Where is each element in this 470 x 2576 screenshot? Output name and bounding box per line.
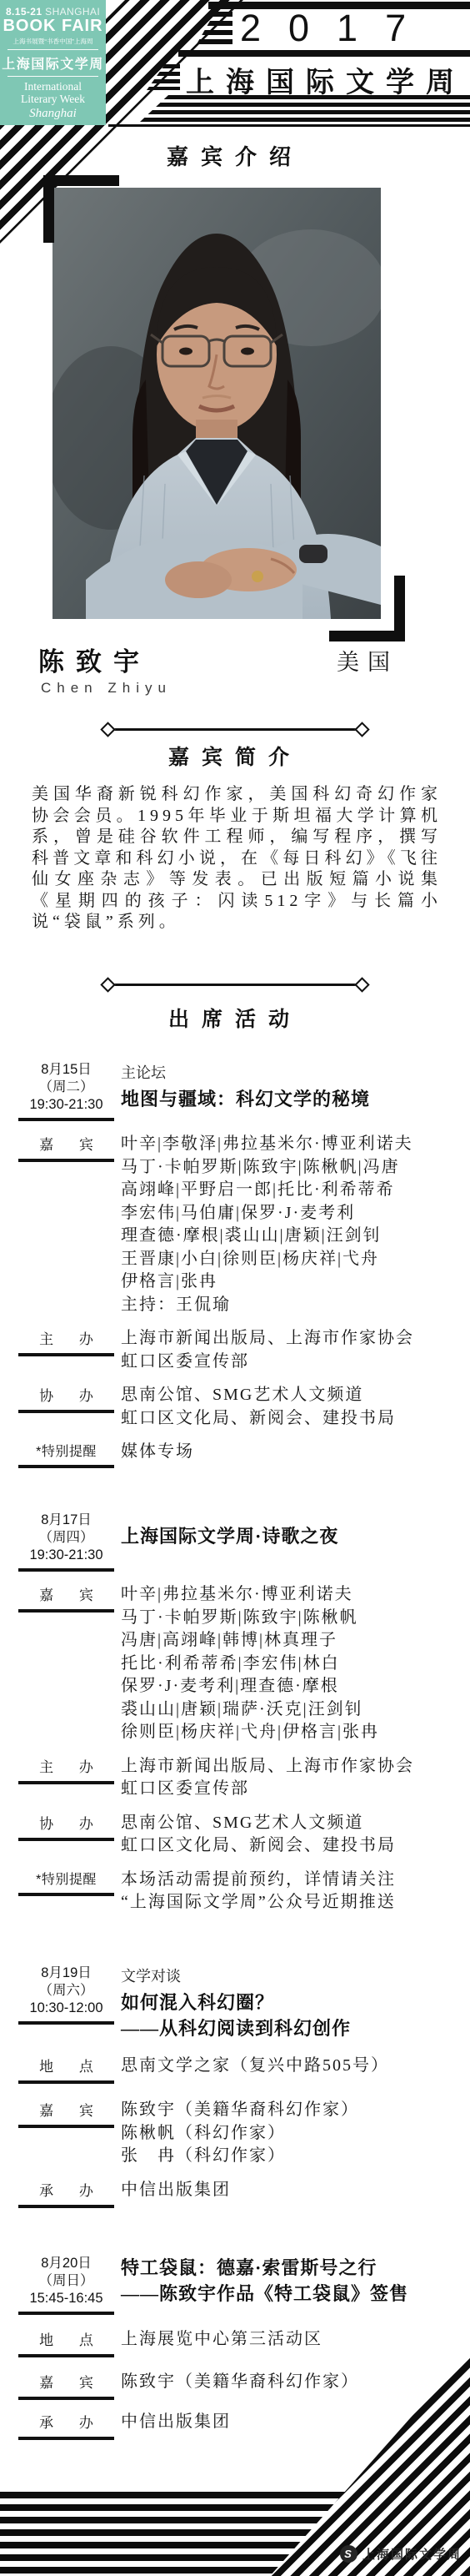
guest-name-en: Chen Zhiyu <box>41 680 172 697</box>
horizontal-stripes-decoration <box>140 95 470 122</box>
event-titles: 特工袋鼠：德嘉·索雷斯号之行——陈致宇作品《特工袋鼠》签售 <box>121 2255 453 2307</box>
row-label: *特别提醒 <box>18 1441 114 1468</box>
divider-line <box>113 728 357 731</box>
guest-photo <box>52 188 381 619</box>
section-heading-guest-profile: 嘉宾简介 <box>0 741 470 771</box>
header-thin-rule <box>108 124 470 127</box>
event-block-1: 8月15日（周二）19:30-21:30 主论坛 地图与疆域：科幻文学的秘境 嘉… <box>18 1061 453 1468</box>
section-heading-events: 出席活动 <box>0 1003 470 1033</box>
poster-page: 2017 上海国际文学周 8.15-21 SHANGHAI BOOK FAIR … <box>0 0 470 2576</box>
event-title: 上海国际文学周·诗歌之夜 <box>121 1523 453 1549</box>
logo-divider <box>7 76 98 77</box>
row-label: 嘉 宾 <box>18 2371 114 2400</box>
event-row-guests: 嘉 宾 陈致宇（美籍华裔科幻作家） <box>18 2371 453 2400</box>
event-row-guests: 嘉 宾 陈致宇（美籍华裔科幻作家）陈楸帆（科幻作家）张 冉（科幻作家） <box>18 2099 453 2168</box>
section-heading-guest-intro: 嘉宾介绍 <box>0 140 470 171</box>
row-content: 思南文学之家（复兴中路505号） <box>121 2055 453 2078</box>
guest-name-cn: 陈致宇 <box>38 641 151 678</box>
row-label: 嘉 宾 <box>18 1583 114 1613</box>
event-title: 如何混入科幻圈？——从科幻阅读到科幻创作 <box>121 1990 453 2041</box>
logo-fair-subtitle: 上海书展暨“书香中国”上海周 <box>2 37 103 45</box>
row-label: 地 点 <box>18 2055 114 2084</box>
event-titles: 文学对谈 如何混入科幻圈？——从科幻阅读到科幻创作 <box>121 1965 453 2041</box>
row-content: 叶辛|弗拉基米尔·博亚利诺夫马丁·卡帕罗斯|陈致宇|陈楸帆冯唐|高翊峰|韩博|林… <box>121 1583 453 1744</box>
row-label: 承 办 <box>18 2179 114 2208</box>
row-content: 本场活动需提前预约，详情请关注“上海国际文学周”公众号近期推送 <box>121 1869 453 1914</box>
event-row-organizer: 承 办 中信出版集团 <box>18 2179 453 2208</box>
event-date: 8月15日（周二）19:30-21:30 <box>18 1061 114 1121</box>
row-label: 嘉 宾 <box>18 1133 114 1162</box>
event-row-cohost: 协 办 思南公馆、SMG艺术人文频道虹口区文化局、新阅会、建投书局 <box>18 1384 453 1430</box>
year-title: 2017 <box>240 7 433 50</box>
divider-line <box>113 984 357 986</box>
book-fair-logo: 8.15-21 SHANGHAI BOOK FAIR 上海书展暨“书香中国”上海… <box>0 0 106 125</box>
event-header: 8月17日（周四）19:30-21:30 上海国际文学周·诗歌之夜 <box>18 1512 453 1572</box>
footer-logo-icon: S <box>340 2545 357 2563</box>
event-header: 8月19日（周六）10:30-12:00 文学对谈 如何混入科幻圈？——从科幻阅… <box>18 1965 453 2041</box>
event-row-guests: 嘉 宾 叶辛|弗拉基米尔·博亚利诺夫马丁·卡帕罗斯|陈致宇|陈楸帆冯唐|高翊峰|… <box>18 1583 453 1744</box>
row-label: 协 办 <box>18 1384 114 1413</box>
row-label: 嘉 宾 <box>18 2099 114 2128</box>
row-content: 思南公馆、SMG艺术人文频道虹口区文化局、新阅会、建投书局 <box>121 1384 453 1430</box>
row-label: 地 点 <box>18 2328 114 2357</box>
event-subtitle: 文学对谈 <box>121 1965 453 1986</box>
guest-bio: 美国华裔新锐科幻作家，美国科幻奇幻作家协会会员。1995年毕业于斯坦福大学计算机… <box>32 784 442 933</box>
event-row-notice: *特别提醒 媒体专场 <box>18 1441 453 1468</box>
logo-dates: 8.15-21 SHANGHAI <box>0 6 106 18</box>
row-content: 上海市新闻出版局、上海市作家协会虹口区委宣传部 <box>121 1327 453 1373</box>
event-block-4: 8月20日（周日）15:45-16:45 特工袋鼠：德嘉·索雷斯号之行——陈致宇… <box>18 2255 453 2440</box>
logo-week-en: Literary Week <box>0 93 106 105</box>
row-label: 协 办 <box>18 1812 114 1841</box>
event-titles: 主论坛 地图与疆域：科幻文学的秘境 <box>121 1061 453 1112</box>
logo-city: SHANGHAI <box>45 6 100 18</box>
guest-portrait-illustration <box>52 188 381 619</box>
event-row-notice: *特别提醒 本场活动需提前预约，详情请关注“上海国际文学周”公众号近期推送 <box>18 1869 453 1914</box>
event-block-2: 8月17日（周四）19:30-21:30 上海国际文学周·诗歌之夜 嘉 宾 叶辛… <box>18 1512 453 1914</box>
event-week-title: 上海国际文学周 <box>186 59 466 100</box>
row-content: 陈致宇（美籍华裔科幻作家） <box>121 2371 453 2394</box>
logo-week-en: International <box>0 80 106 93</box>
event-row-host: 主 办 上海市新闻出版局、上海市作家协会虹口区委宣传部 <box>18 1755 453 1801</box>
header-mid-bar <box>178 50 470 57</box>
event-date: 8月19日（周六）10:30-12:00 <box>18 1965 114 2025</box>
event-titles: 上海国际文学周·诗歌之夜 <box>121 1512 453 1549</box>
row-label: 承 办 <box>18 2411 114 2440</box>
row-content: 叶辛|李敬泽|弗拉基米尔·博亚利诺夫马丁·卡帕罗斯|陈致宇|陈楸帆|冯唐高翊峰|… <box>121 1133 453 1316</box>
diamond-icon <box>354 977 369 992</box>
photo-corner-bracket-top-left <box>43 175 119 243</box>
logo-divider <box>7 49 98 50</box>
logo-script: Shanghai <box>0 107 106 121</box>
event-row-cohost: 协 办 思南公馆、SMG艺术人文频道虹口区文化局、新阅会、建投书局 <box>18 1812 453 1858</box>
row-content: 中信出版集团 <box>121 2179 453 2202</box>
footer-watermark-text: 上海国际文学周 <box>362 2545 462 2563</box>
section-divider <box>102 724 367 735</box>
event-subtitle: 主论坛 <box>121 1061 453 1083</box>
row-content: 上海市新闻出版局、上海市作家协会虹口区委宣传部 <box>121 1755 453 1801</box>
event-block-3: 8月19日（周六）10:30-12:00 文学对谈 如何混入科幻圈？——从科幻阅… <box>18 1965 453 2208</box>
row-label: 主 办 <box>18 1327 114 1356</box>
section-divider <box>102 979 367 990</box>
row-label: *特别提醒 <box>18 1869 114 1896</box>
photo-corner-bracket-bottom-right <box>329 576 405 641</box>
event-header: 8月20日（周日）15:45-16:45 特工袋鼠：德嘉·索雷斯号之行——陈致宇… <box>18 2255 453 2315</box>
event-row-guests: 嘉 宾 叶辛|李敬泽|弗拉基米尔·博亚利诺夫马丁·卡帕罗斯|陈致宇|陈楸帆|冯唐… <box>18 1133 453 1316</box>
logo-fair-title: BOOK FAIR <box>0 18 106 35</box>
row-label: 主 办 <box>18 1755 114 1784</box>
event-row-host: 主 办 上海市新闻出版局、上海市作家协会虹口区委宣传部 <box>18 1327 453 1373</box>
row-content: 上海展览中心第三活动区 <box>121 2328 453 2352</box>
row-content: 思南公馆、SMG艺术人文频道虹口区文化局、新阅会、建投书局 <box>121 1812 453 1858</box>
diamond-icon <box>354 722 369 737</box>
event-header: 8月15日（周二）19:30-21:30 主论坛 地图与疆域：科幻文学的秘境 <box>18 1061 453 1121</box>
row-content: 陈致宇（美籍华裔科幻作家）陈楸帆（科幻作家）张 冉（科幻作家） <box>121 2099 453 2168</box>
row-content: 媒体专场 <box>121 1441 453 1464</box>
event-title: 特工袋鼠：德嘉·索雷斯号之行——陈致宇作品《特工袋鼠》签售 <box>121 2255 453 2307</box>
event-row-organizer: 承 办 中信出版集团 <box>18 2411 453 2440</box>
guest-country: 美国 <box>337 644 398 677</box>
diamond-icon <box>100 977 115 992</box>
diamond-icon <box>100 722 115 737</box>
event-title: 地图与疆域：科幻文学的秘境 <box>121 1086 453 1112</box>
event-date: 8月17日（周四）19:30-21:30 <box>18 1512 114 1572</box>
event-date: 8月20日（周日）15:45-16:45 <box>18 2255 114 2315</box>
logo-date-range: 8.15-21 <box>6 6 42 18</box>
event-row-venue: 地 点 上海展览中心第三活动区 <box>18 2328 453 2357</box>
footer-watermark: S 上海国际文学周 <box>340 2545 462 2563</box>
logo-week-cn: 上海国际文学周 <box>0 53 106 73</box>
event-row-venue: 地 点 思南文学之家（复兴中路505号） <box>18 2055 453 2084</box>
